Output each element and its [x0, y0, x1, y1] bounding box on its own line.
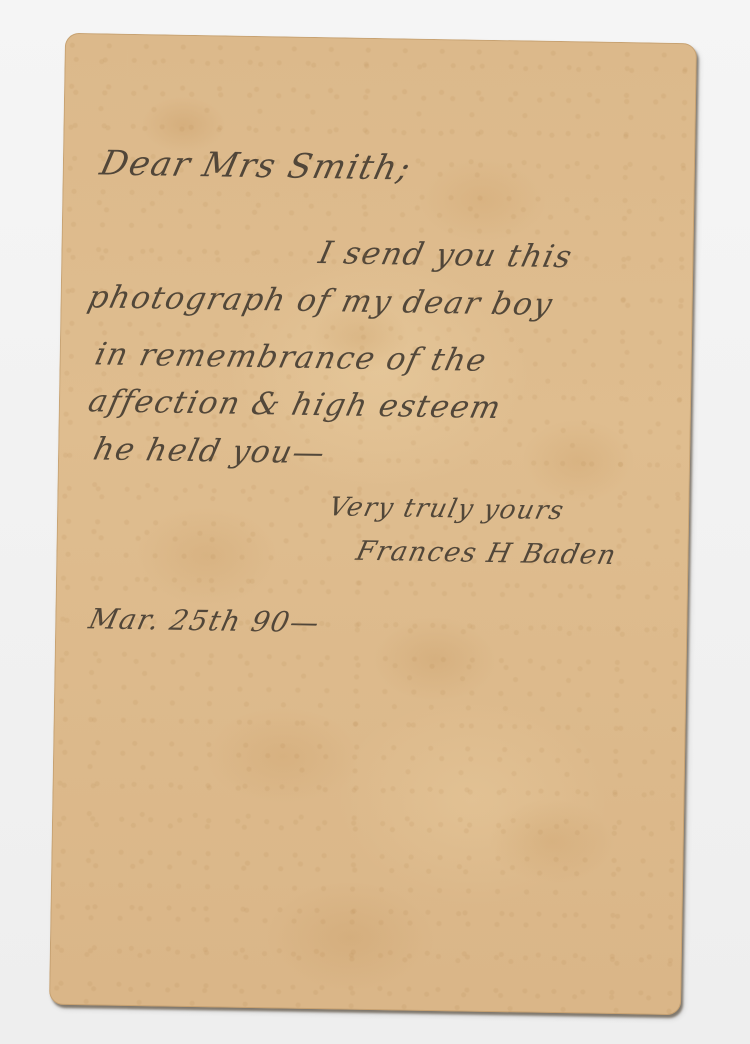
letter-date: Mar. 25th 90— — [85, 601, 324, 641]
letter-body-line: photograph of my dear boy — [85, 279, 557, 323]
letter-closing: Very truly yours — [325, 489, 568, 529]
letter-body-line: in remembrance of the — [92, 336, 491, 378]
letter-body-line: I send you this — [315, 235, 576, 275]
letter-body-line: he held you— — [90, 431, 329, 471]
letter-body-line: affection & high esteem — [85, 383, 505, 426]
cabinet-card-back: Dear Mrs Smith; I send you this photogra… — [49, 33, 697, 1015]
letter-signature: Frances H Baden — [352, 534, 620, 574]
handwritten-letter: Dear Mrs Smith; I send you this photogra… — [49, 33, 697, 1015]
letter-salutation: Dear Mrs Smith; — [97, 146, 415, 187]
